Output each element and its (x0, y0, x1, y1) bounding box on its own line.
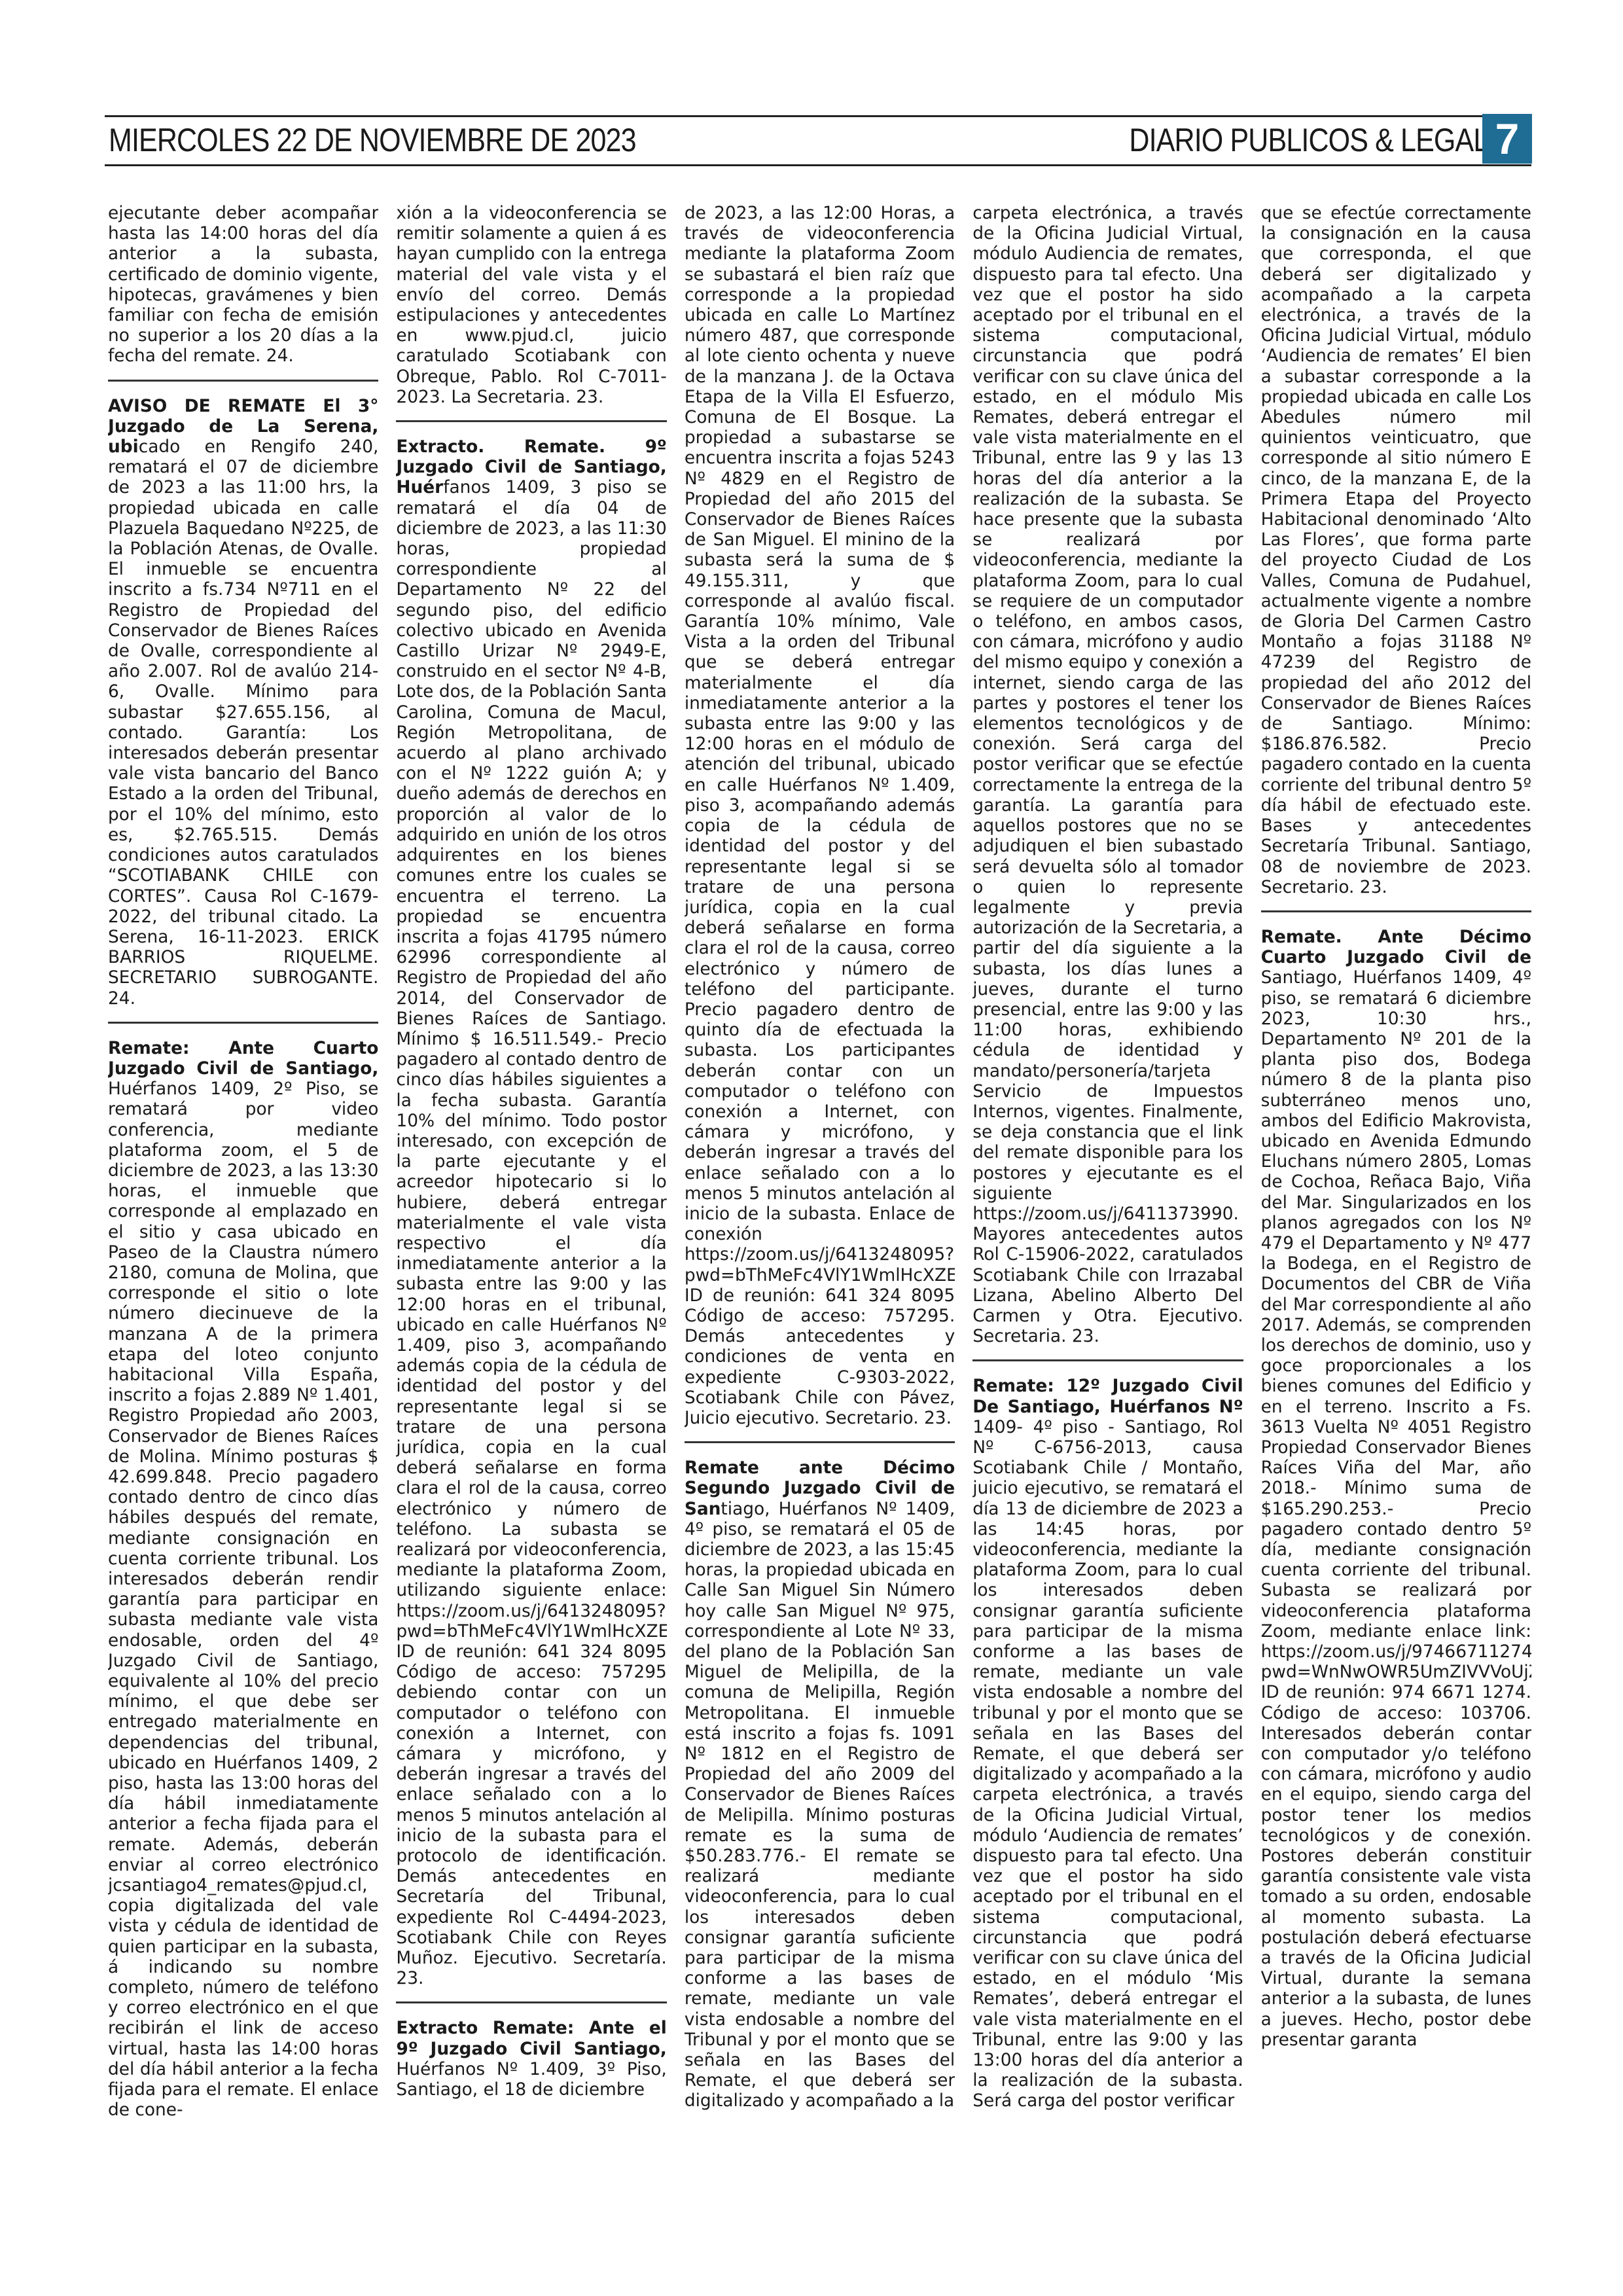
notice-body: Santiago, Huérfanos 1409, 4º piso, se re… (1261, 967, 1531, 2050)
notice-body: tiago, Huérfanos Nº 1409, 4º piso, se re… (685, 1499, 955, 2111)
publication-name: DIARIO PUBLICOS & LEGALES (1129, 121, 1525, 159)
column-2: xión a la videoconferencia se remitir so… (396, 203, 666, 2219)
notice-body: xión a la videoconferencia se remitir so… (396, 203, 666, 407)
notice-divider (685, 1441, 955, 1443)
notice-body: Huérfanos 1409, 2º Piso, se rematará por… (108, 1079, 378, 2120)
page-number-badge: 7 (1482, 114, 1532, 164)
notice-columns: ejecutante deber acompañar hasta las 14:… (108, 203, 1531, 2219)
notice-body: cado en Rengifo 240, rematará el 07 de d… (108, 437, 378, 1008)
notice-title: Remate: Ante Cuarto Juzgado Civil de San… (108, 1038, 378, 1079)
notice-item: Remate. Ante Décimo Cuarto Juzgado Civil… (1261, 927, 1531, 2050)
notice-item: Extracto. Remate. 9º Juzgado Civil de Sa… (396, 437, 666, 1988)
notice-body: fanos 1409, 3 piso se rematará el día 04… (396, 477, 666, 1988)
issue-date: MIERCOLES 22 DE NOVIEMBRE DE 2023 (109, 121, 636, 159)
notice-continuation: xión a la videoconferencia se remitir so… (396, 203, 666, 407)
notice-body: Huérfanos Nº 1.409, 3º Piso, Santiago, e… (396, 2059, 666, 2100)
notice-divider (396, 2001, 666, 2003)
notice-continuation: ejecutante deber acompañar hasta las 14:… (108, 203, 378, 367)
page-header: MIERCOLES 22 DE NOVIEMBRE DE 2023 DIARIO… (105, 115, 1531, 166)
notice-title: Remate. Ante Décimo Cuarto Juzgado Civil… (1261, 927, 1531, 967)
notice-divider (1261, 910, 1531, 912)
notice-divider (108, 1022, 378, 1024)
notice-item: Remate ante Décimo Segundo Juzgado Civil… (685, 1458, 955, 2111)
notice-divider (972, 1359, 1243, 1361)
column-1: ejecutante deber acompañar hasta las 14:… (108, 203, 378, 2219)
column-4: carpeta electrónica, a través de la Ofic… (972, 203, 1243, 2219)
column-3: de 2023, a las 12:00 Horas, a través de … (685, 203, 955, 2219)
notice-body: que se efectúe correctamente la consigna… (1261, 203, 1531, 897)
notice-item: AVISO DE REMATE El 3° Juzgado de La Sere… (108, 396, 378, 1009)
notice-item: Remate: 12º Juzgado Civil De Santiago, H… (972, 1376, 1243, 2111)
notice-continuation: carpeta electrónica, a través de la Ofic… (972, 203, 1243, 1346)
notice-divider (396, 420, 666, 422)
notice-title: Extracto Remate: Ante el 9º Juzgado Civi… (396, 2018, 666, 2058)
notice-continuation: que se efectúe correctamente la consigna… (1261, 203, 1531, 897)
notice-divider (108, 380, 378, 382)
notice-body: 1409- 4º piso - Santiago, Rol Nº C-6756-… (972, 1417, 1243, 2111)
notice-body: carpeta electrónica, a través de la Ofic… (972, 203, 1243, 1346)
notice-item: Extracto Remate: Ante el 9º Juzgado Civi… (396, 2018, 666, 2100)
notice-body: de 2023, a las 12:00 Horas, a través de … (685, 203, 955, 1428)
notice-title: Remate: 12º Juzgado Civil De Santiago, H… (972, 1376, 1243, 1416)
notice-item: Remate: Ante Cuarto Juzgado Civil de San… (108, 1038, 378, 2121)
notice-body: ejecutante deber acompañar hasta las 14:… (108, 203, 378, 366)
column-5: que se efectúe correctamente la consigna… (1261, 203, 1531, 2219)
notice-continuation: de 2023, a las 12:00 Horas, a través de … (685, 203, 955, 1428)
